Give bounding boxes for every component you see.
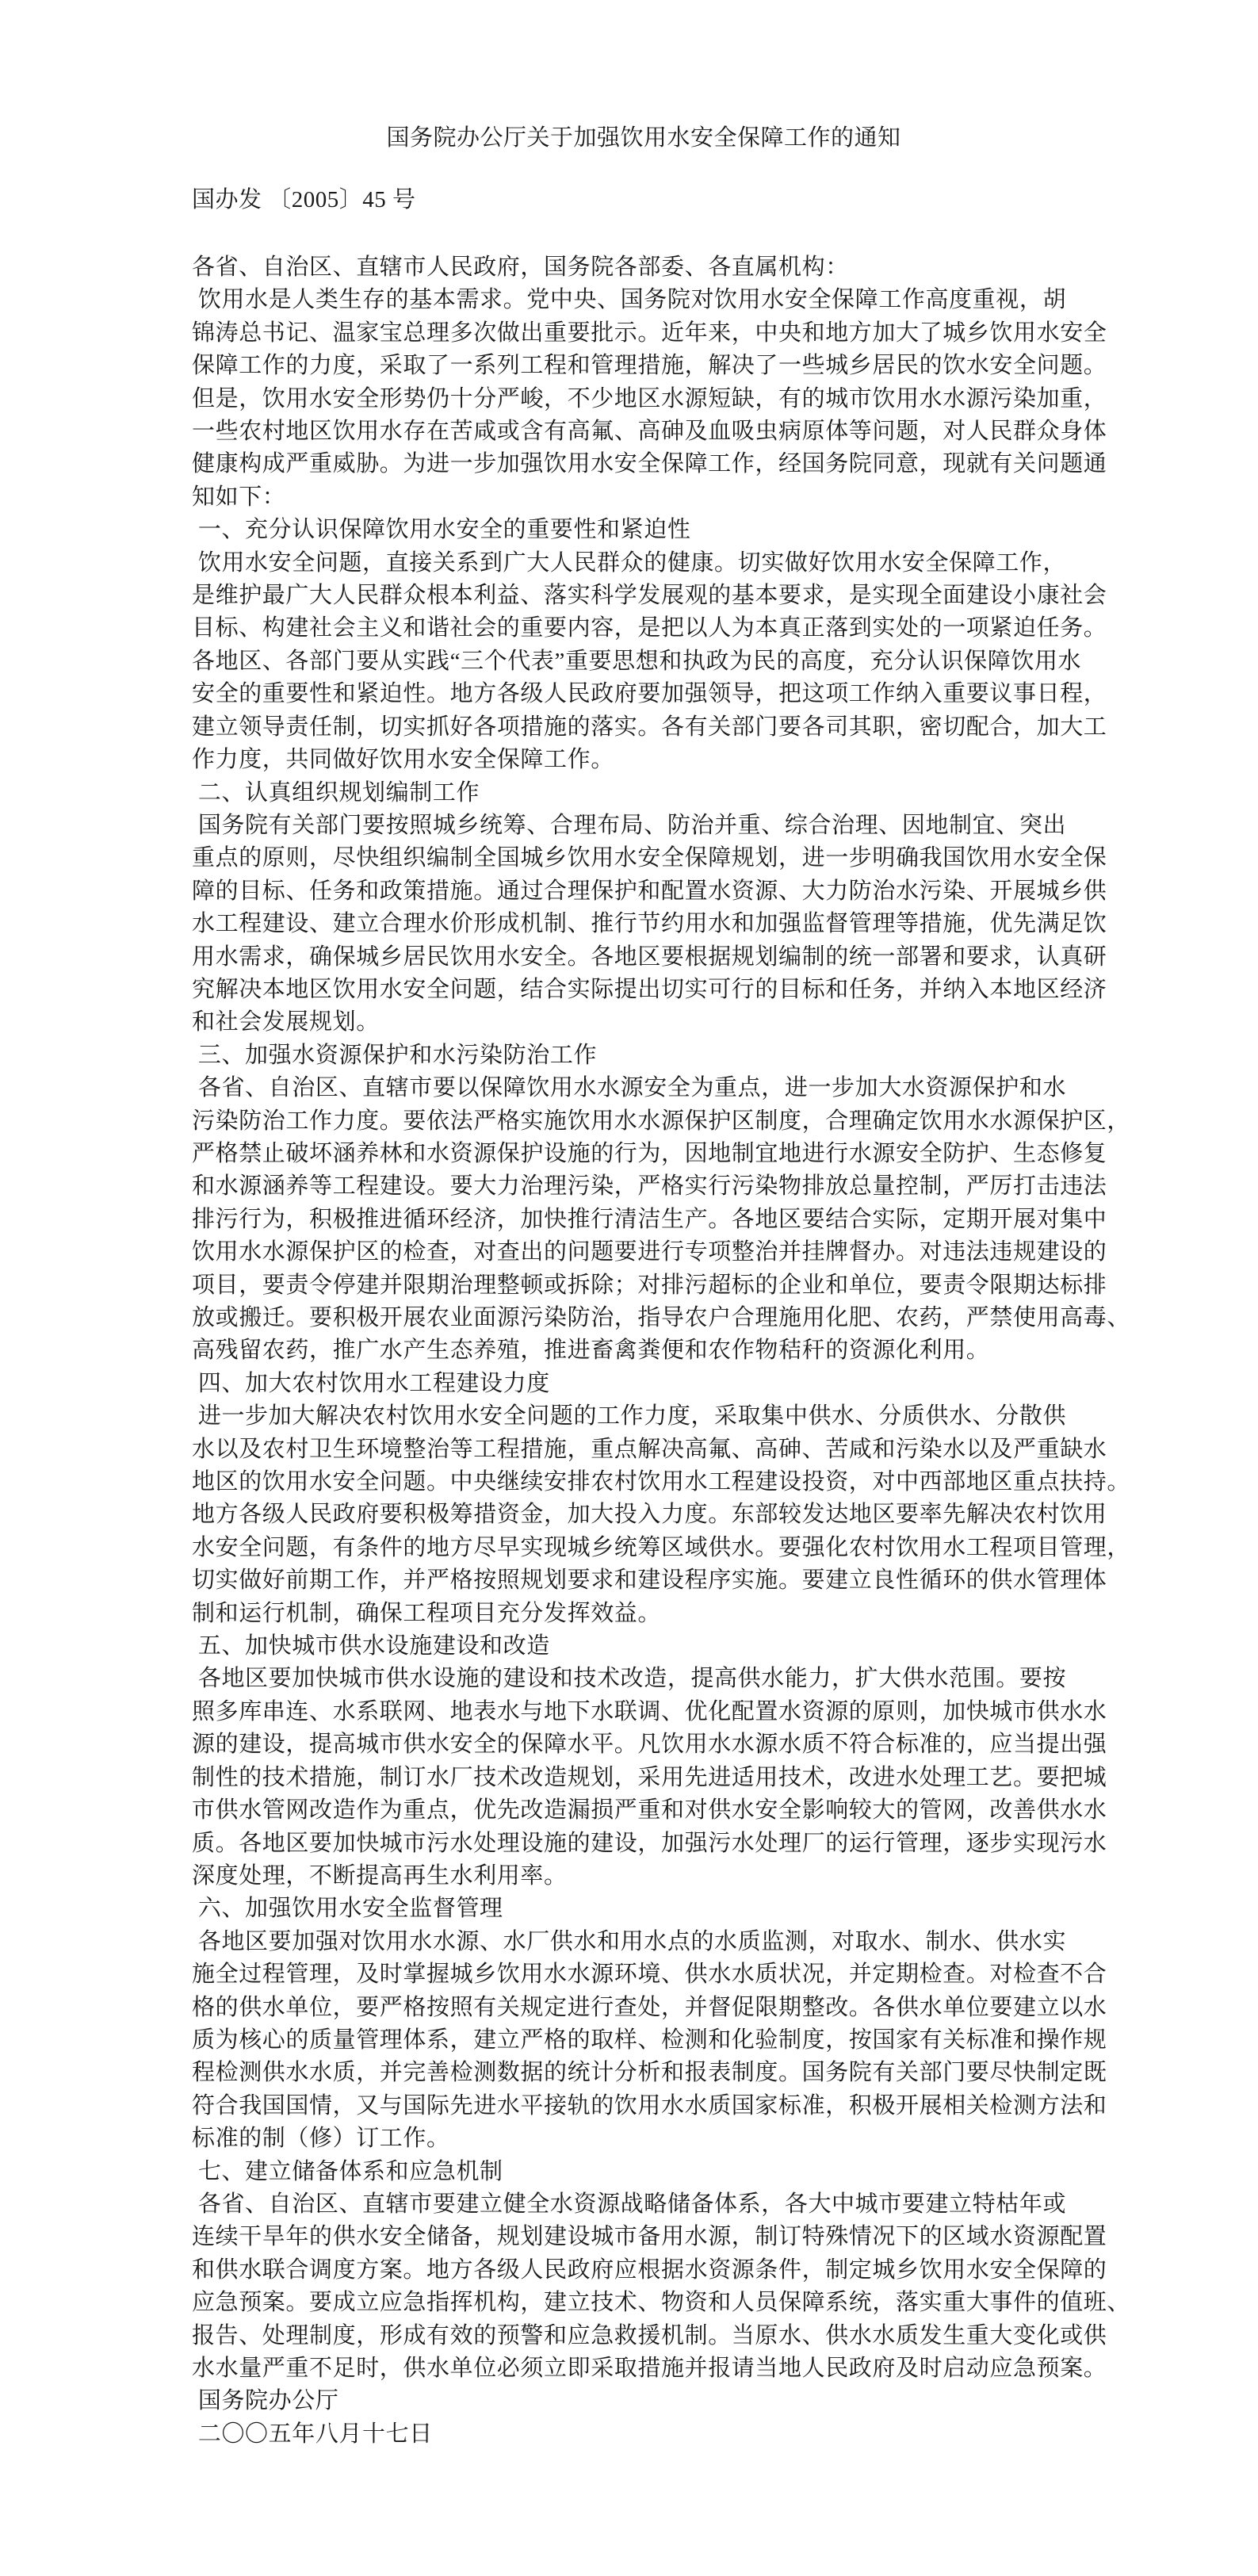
document-page: 国务院办公厅关于加强饮用水安全保障工作的通知 国办发 〔2005〕45 号 各省…: [0, 0, 1258, 2576]
document-body: 各省、自治区、直辖市人民政府，国务院各部委、各直属机构： 饮用水是人类生存的基本…: [192, 251, 1072, 2451]
text-line: 各地区要加快城市供水设施的建设和技术改造，提高供水能力，扩大供水范围。要按: [192, 1663, 1072, 1695]
text-line: 深度处理，不断提高再生水利用率。: [192, 1860, 1072, 1893]
document-title: 国务院办公厅关于加强饮用水安全保障工作的通知: [192, 122, 1095, 155]
text-line: 和供水联合调度方案。地方各级人民政府应根据水资源条件，制定城乡饮用水安全保障的: [192, 2254, 1072, 2287]
text-line: 饮用水水源保护区的检查，对查出的问题要进行专项整治并挂牌督办。对违法违规建设的: [192, 1236, 1072, 1269]
text-line: 一、充分认识保障饮用水安全的重要性和紧迫性: [192, 514, 1072, 546]
text-line: 二〇〇五年八月十七日: [192, 2418, 1072, 2451]
text-line: 和水源涵养等工程建设。要大力治理污染，严格实行污染物排放总量控制，严厉打击违法: [192, 1170, 1072, 1203]
text-line: 各省、自治区、直辖市要以保障饮用水水源安全为重点，进一步加大水资源保护和水: [192, 1072, 1072, 1104]
text-line: 项目，要责令停建并限期治理整顿或拆除；对排污超标的企业和单位，要责令限期达标排: [192, 1269, 1072, 1302]
text-line: 五、加快城市供水设施建设和改造: [192, 1630, 1072, 1663]
text-line: 高残留农药，推广水产生态养殖，推进畜禽粪便和农作物秸秆的资源化利用。: [192, 1334, 1072, 1367]
text-line: 照多库串连、水系联网、地表水与地下水联调、优化配置水资源的原则，加快城市供水水: [192, 1696, 1072, 1728]
text-line: 应急预案。要成立应急指挥机构，建立技术、物资和人员保障系统，落实重大事件的值班、: [192, 2287, 1072, 2319]
text-line: 制和运行机制，确保工程项目充分发挥效益。: [192, 1598, 1072, 1630]
text-line: 质。各地区要加快城市污水处理设施的建设，加强污水处理厂的运行管理，逐步实现污水: [192, 1828, 1072, 1860]
text-line: 地方各级人民政府要积极筹措资金，加大投入力度。东部较发达地区要率先解决农村饮用: [192, 1499, 1072, 1531]
text-line: 知如下：: [192, 481, 1072, 514]
text-line: 制性的技术措施，制订水厂技术改造规划，采用先进适用技术，改进水处理工艺。要把城: [192, 1762, 1072, 1794]
text-line: 饮用水安全问题，直接关系到广大人民群众的健康。切实做好饮用水安全保障工作，: [192, 547, 1072, 580]
text-line: 地区的饮用水安全问题。中央继续安排农村饮用水工程建设投资，对中西部地区重点扶持。: [192, 1466, 1072, 1499]
document-number: 国办发 〔2005〕45 号: [192, 184, 416, 216]
text-line: 切实做好前期工作，并严格按照规划要求和建设程序实施。要建立良性循环的供水管理体: [192, 1564, 1072, 1597]
text-line: 进一步加大解决农村饮用水安全问题的工作力度，采取集中供水、分质供水、分散供: [192, 1400, 1072, 1433]
text-line: 源的建设，提高城市供水安全的保障水平。凡饮用水水源水质不符合标准的，应当提出强: [192, 1728, 1072, 1761]
text-line: 一些农村地区饮用水存在苦咸或含有高氟、高砷及血吸虫病原体等问题，对人民群众身体: [192, 415, 1072, 448]
text-line: 三、加强水资源保护和水污染防治工作: [192, 1039, 1072, 1072]
text-line: 二、认真组织规划编制工作: [192, 777, 1072, 810]
text-line: 标准的制（修）订工作。: [192, 2122, 1072, 2155]
text-line: 格的供水单位，要严格按照有关规定进行查处，并督促限期整改。各供水单位要建立以水: [192, 1992, 1072, 2024]
text-line: 目标、构建社会主义和谐社会的重要内容，是把以人为本真正落到实处的一项紧迫任务。: [192, 612, 1072, 645]
text-line: 符合我国国情，又与国际先进水平接轨的饮用水水质国家标准，积极开展相关检测方法和: [192, 2090, 1072, 2122]
text-line: 饮用水是人类生存的基本需求。党中央、国务院对饮用水安全保障工作高度重视，胡: [192, 284, 1072, 316]
text-line: 究解决本地区饮用水安全问题，结合实际提出切实可行的目标和任务，并纳入本地区经济: [192, 974, 1072, 1006]
text-line: 国务院办公厅: [192, 2385, 1072, 2417]
text-line: 和社会发展规划。: [192, 1006, 1072, 1039]
text-line: 污染防治工作力度。要依法严格实施饮用水水源保护区制度，合理确定饮用水水源保护区，: [192, 1105, 1072, 1138]
text-line: 健康构成严重威胁。为进一步加强饮用水安全保障工作，经国务院同意，现就有关问题通: [192, 448, 1072, 480]
text-line: 排污行为，积极推进循环经济，加快推行清洁生产。各地区要结合实际，定期开展对集中: [192, 1204, 1072, 1236]
text-line: 作力度，共同做好饮用水安全保障工作。: [192, 744, 1072, 776]
text-line: 水安全问题，有条件的地方尽早实现城乡统筹区域供水。要强化农村饮用水工程项目管理，: [192, 1532, 1072, 1564]
text-line: 水以及农村卫生环境整治等工程措施，重点解决高氟、高砷、苦咸和污染水以及严重缺水: [192, 1433, 1072, 1466]
text-line: 重点的原则，尽快组织编制全国城乡饮用水安全保障规划，进一步明确我国饮用水安全保: [192, 842, 1072, 875]
text-line: 障的目标、任务和政策措施。通过合理保护和配置水资源、大力防治水污染、开展城乡供: [192, 875, 1072, 908]
text-line: 各地区要加强对饮用水水源、水厂供水和用水点的水质监测，对取水、制水、供水实: [192, 1926, 1072, 1958]
text-line: 保障工作的力度，采取了一系列工程和管理措施，解决了一些城乡居民的饮水安全问题。: [192, 350, 1072, 382]
text-line: 水水量严重不足时，供水单位必须立即采取措施并报请当地人民政府及时启动应急预案。: [192, 2352, 1072, 2385]
text-line: 放或搬迁。要积极开展农业面源污染防治，指导农户合理施用化肥、农药，严禁使用高毒、: [192, 1302, 1072, 1334]
text-line: 质为核心的质量管理体系，建立严格的取样、检测和化验制度，按国家有关标准和操作规: [192, 2024, 1072, 2057]
text-line: 严格禁止破坏涵养林和水资源保护设施的行为，因地制宜地进行水源安全防护、生态修复: [192, 1138, 1072, 1170]
text-line: 建立领导责任制，切实抓好各项措施的落实。各有关部门要各司其职，密切配合，加大工: [192, 711, 1072, 744]
text-line: 用水需求，确保城乡居民饮用水安全。各地区要根据规划编制的统一部署和要求，认真研: [192, 941, 1072, 974]
text-line: 水工程建设、建立合理水价形成机制、推行节约用水和加强监督管理等措施，优先满足饮: [192, 908, 1072, 940]
text-line: 各省、自治区、直辖市人民政府，国务院各部委、各直属机构：: [192, 251, 1072, 284]
text-line: 各地区、各部门要从实践“三个代表”重要思想和执政为民的高度，充分认识保障饮用水: [192, 645, 1072, 678]
text-line: 锦涛总书记、温家宝总理多次做出重要批示。近年来，中央和地方加大了城乡饮用水安全: [192, 317, 1072, 350]
text-line: 四、加大农村饮用水工程建设力度: [192, 1368, 1072, 1400]
text-line: 施全过程管理，及时掌握城乡饮用水水源环境、供水水质状况，并定期检查。对检查不合: [192, 1958, 1072, 1991]
text-line: 安全的重要性和紧迫性。地方各级人民政府要加强领导，把这项工作纳入重要议事日程，: [192, 678, 1072, 710]
text-line: 是维护最广大人民群众根本利益、落实科学发展观的基本要求，是实现全面建设小康社会: [192, 580, 1072, 612]
text-line: 国务院有关部门要按照城乡统筹、合理布局、防治并重、综合治理、因地制宜、突出: [192, 810, 1072, 842]
text-line: 但是，饮用水安全形势仍十分严峻，不少地区水源短缺，有的城市饮用水水源污染加重，: [192, 383, 1072, 415]
text-line: 各省、自治区、直辖市要建立健全水资源战略储备体系，各大中城市要建立特枯年或: [192, 2188, 1072, 2221]
text-line: 连续干旱年的供水安全储备，规划建设城市备用水源，制订特殊情况下的区域水资源配置: [192, 2221, 1072, 2253]
text-line: 市供水管网改造作为重点，优先改造漏损严重和对供水安全影响较大的管网，改善供水水: [192, 1794, 1072, 1827]
text-line: 报告、处理制度，形成有效的预警和应急救援机制。当原水、供水水质发生重大变化或供: [192, 2320, 1072, 2352]
text-line: 六、加强饮用水安全监督管理: [192, 1893, 1072, 1925]
text-line: 程检测供水水质，并完善检测数据的统计分析和报表制度。国务院有关部门要尽快制定既: [192, 2057, 1072, 2089]
text-line: 七、建立储备体系和应急机制: [192, 2156, 1072, 2188]
